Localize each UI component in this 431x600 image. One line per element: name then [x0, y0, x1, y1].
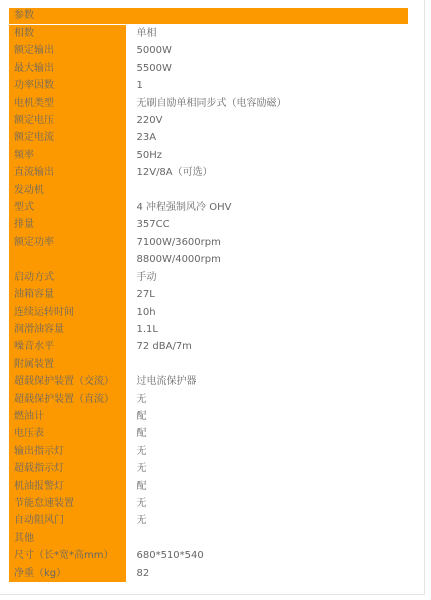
- spec-row: 超载保护装置（直流） 无: [9, 391, 408, 408]
- spec-row: 连续运转时间 10h: [9, 304, 408, 321]
- spec-value: 无: [126, 512, 409, 529]
- product-spec-table: 参数 相数 单相 额定输出 5000W 最大输出 5500W 功率因数 1 电机…: [9, 8, 408, 582]
- spec-label: 发动机: [9, 182, 126, 199]
- spec-value: 无刷自励单相同步式（电容励磁）: [126, 95, 409, 112]
- spec-label: 机油报警灯: [9, 478, 126, 495]
- section-header-row: 其他: [9, 530, 408, 547]
- spec-value: 23A: [126, 129, 409, 146]
- spec-value: 680*510*540: [126, 547, 409, 564]
- spec-value: 无: [126, 391, 409, 408]
- spec-value: 无: [126, 495, 409, 512]
- spec-label: 额定电压: [9, 112, 126, 129]
- spec-value: 357CC: [126, 216, 409, 233]
- spec-row: 噪音水平 72 dBA/7m: [9, 338, 408, 355]
- spec-value: 配: [126, 408, 409, 425]
- spec-value: 单相: [126, 25, 409, 42]
- spec-row: 功率因数 1: [9, 77, 408, 94]
- spec-row: 直流输出 12V/8A（可选）: [9, 164, 408, 181]
- spec-label: 超载指示灯: [9, 460, 126, 477]
- spec-value: 10h: [126, 304, 409, 321]
- spec-row: 自动阻风门 无: [9, 512, 408, 529]
- spec-label: 超载保护装置（直流）: [9, 391, 126, 408]
- spec-row: 相数 单相: [9, 25, 408, 42]
- spec-value: 1: [126, 77, 409, 94]
- table-title: 参数: [14, 10, 34, 21]
- spec-row: 超载指示灯 无: [9, 460, 408, 477]
- spec-label: 启动方式: [9, 269, 126, 286]
- spec-row: 机油报警灯 配: [9, 478, 408, 495]
- spec-label: 额定功率: [9, 234, 126, 251]
- section-header-row: 发动机: [9, 182, 408, 199]
- spec-row: 电机类型 无刷自励单相同步式（电容励磁）: [9, 95, 408, 112]
- spec-value: 1.1L: [126, 321, 409, 338]
- spec-row: 尺寸（长*宽*高mm） 680*510*540: [9, 547, 408, 564]
- spec-label: 节能怠速装置: [9, 495, 126, 512]
- spec-label: 电压表: [9, 425, 126, 442]
- spec-row: 排量 357CC: [9, 216, 408, 233]
- spec-value: 7100W/3600rpm: [126, 234, 409, 251]
- section-header-row: 附属装置: [9, 356, 408, 373]
- spec-row: 净重（kg） 82: [9, 565, 408, 582]
- spec-row: 输出指示灯 无: [9, 443, 408, 460]
- spec-row: 电压表 配: [9, 425, 408, 442]
- spec-row: 燃油计 配: [9, 408, 408, 425]
- spec-row: 额定输出 5000W: [9, 42, 408, 59]
- spec-value: 5000W: [126, 42, 409, 59]
- spec-label: [9, 251, 126, 268]
- spec-value: 5500W: [126, 60, 409, 77]
- spec-label: 尺寸（长*宽*高mm）: [9, 547, 126, 564]
- spec-label: 噪音水平: [9, 338, 126, 355]
- spec-row: 型式 4 冲程强制风冷 OHV: [9, 199, 408, 216]
- spec-label: 额定输出: [9, 42, 126, 59]
- spec-row: 超载保护装置（交流） 过电流保护器: [9, 373, 408, 390]
- spec-value: 50Hz: [126, 147, 409, 164]
- spec-value: 82: [126, 565, 409, 582]
- spec-label: 燃油计: [9, 408, 126, 425]
- spec-label: 净重（kg）: [9, 565, 126, 582]
- spec-label: 额定电流: [9, 129, 126, 146]
- spec-value: 220V: [126, 112, 409, 129]
- spec-rows-container: 相数 单相 额定输出 5000W 最大输出 5500W 功率因数 1 电机类型 …: [9, 25, 408, 582]
- spec-row: 额定电压 220V: [9, 112, 408, 129]
- spec-value: [126, 356, 409, 373]
- spec-label: 最大输出: [9, 60, 126, 77]
- spec-value: 配: [126, 425, 409, 442]
- spec-label: 连续运转时间: [9, 304, 126, 321]
- spec-row: 频率 50Hz: [9, 147, 408, 164]
- spec-page: 参数 相数 单相 额定输出 5000W 最大输出 5500W 功率因数 1 电机…: [0, 0, 431, 600]
- spec-value: 8800W/4000rpm: [126, 251, 409, 268]
- spec-value: 手动: [126, 269, 409, 286]
- spec-label: 附属装置: [9, 356, 126, 373]
- spec-value: [126, 530, 409, 547]
- spec-row: 油箱容量 27L: [9, 286, 408, 303]
- spec-row: 节能怠速装置 无: [9, 495, 408, 512]
- spec-label: 超载保护装置（交流）: [9, 373, 126, 390]
- spec-label: 型式: [9, 199, 126, 216]
- spec-label: 直流输出: [9, 164, 126, 181]
- spec-value: [126, 182, 409, 199]
- spec-value: 无: [126, 460, 409, 477]
- spec-value: 72 dBA/7m: [126, 338, 409, 355]
- spec-label: 其他: [9, 530, 126, 547]
- spec-value: 无: [126, 443, 409, 460]
- spec-row: 最大输出 5500W: [9, 60, 408, 77]
- spec-value: 配: [126, 478, 409, 495]
- spec-label: 排量: [9, 216, 126, 233]
- spec-value: 27L: [126, 286, 409, 303]
- spec-label: 功率因数: [9, 77, 126, 94]
- spec-row: 8800W/4000rpm: [9, 251, 408, 268]
- spec-label: 自动阻风门: [9, 512, 126, 529]
- spec-label: 相数: [9, 25, 126, 42]
- spec-value: 4 冲程强制风冷 OHV: [126, 199, 409, 216]
- spec-row: 润滑油容量 1.1L: [9, 321, 408, 338]
- spec-row: 启动方式 手动: [9, 269, 408, 286]
- spec-value: 过电流保护器: [126, 373, 409, 390]
- spec-value: 12V/8A（可选）: [126, 164, 409, 181]
- spec-label: 频率: [9, 147, 126, 164]
- spec-label: 油箱容量: [9, 286, 126, 303]
- spec-label: 润滑油容量: [9, 321, 126, 338]
- spec-label: 电机类型: [9, 95, 126, 112]
- spec-row: 额定功率 7100W/3600rpm: [9, 234, 408, 251]
- table-title-row: 参数: [9, 8, 408, 24]
- spec-label: 输出指示灯: [9, 443, 126, 460]
- spec-row: 额定电流 23A: [9, 129, 408, 146]
